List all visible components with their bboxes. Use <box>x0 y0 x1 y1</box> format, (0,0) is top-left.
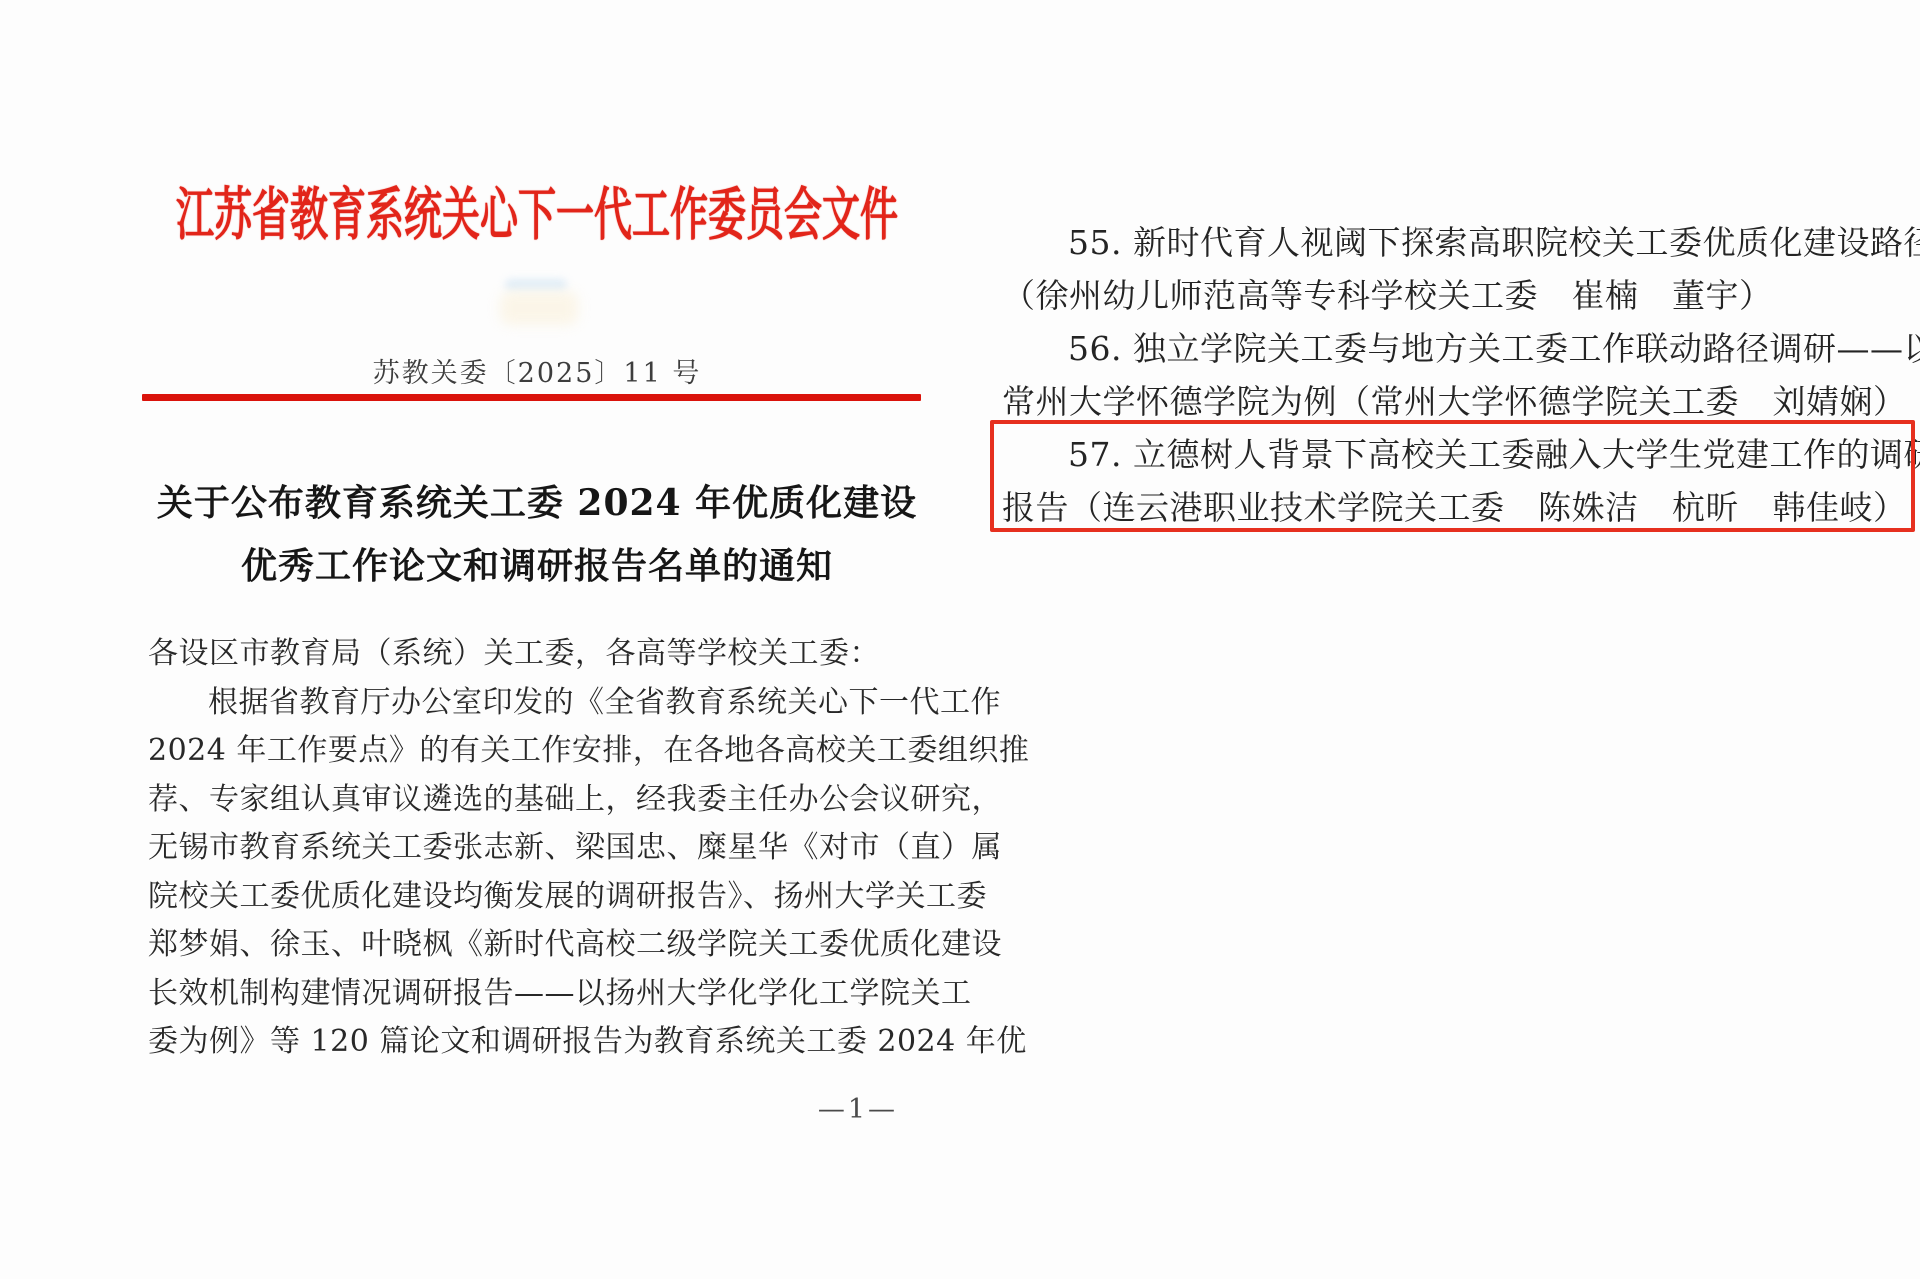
scanned-document: 江苏省教育系统关心下一代工作委员会文件 苏教关委〔2025〕11 号 关于公布教… <box>0 0 1920 1279</box>
body-line: 2024 年工作要点》的有关工作安排，在各地各高校关工委组织推 <box>148 727 928 776</box>
letterhead-divider <box>142 394 921 401</box>
entry-55-line-1: 55. 新时代育人视阈下探索高职院校关工委优质化建设路径 <box>1002 216 1917 269</box>
body-line: 荐、专家组认真审议遴选的基础上，经我委主任办公会议研究， <box>148 776 928 825</box>
scan-artifact-cream <box>500 291 578 325</box>
body-line: 长效机制构建情况调研报告——以扬州大学化学化工学院关工 <box>148 970 928 1019</box>
salutation-line: 各设区市教育局（系统）关工委，各高等学校关工委： <box>148 630 928 679</box>
letterhead-title: 江苏省教育系统关心下一代工作委员会文件 <box>148 168 926 251</box>
scan-artifact-blue <box>505 279 567 291</box>
body-line: 院校关工委优质化建设均衡发展的调研报告》、扬州大学关工委 <box>148 873 928 922</box>
body-line: 根据省教育厅办公室印发的《全省教育系统关心下一代工作 <box>148 679 928 728</box>
body-line: 郑梦娟、徐玉、叶晓枫《新时代高校二级学院关工委优质化建设 <box>148 921 928 970</box>
body-text: 各设区市教育局（系统）关工委，各高等学校关工委： 根据省教育厅办公室印发的《全省… <box>148 630 928 1067</box>
document-title: 关于公布教育系统关工委 2024 年优质化建设 优秀工作论文和调研报告名单的通知 <box>148 472 926 598</box>
body-line: 无锡市教育系统关工委张志新、梁国忠、糜星华《对市（直）属 <box>148 824 928 873</box>
document-title-line-2: 优秀工作论文和调研报告名单的通知 <box>148 535 926 598</box>
entry-55-line-2: （徐州幼儿师范高等专科学校关工委 崔楠 董宇） <box>1002 269 1917 322</box>
entry-56-line-1: 56. 独立学院关工委与地方关工委工作联动路径调研——以 <box>1002 322 1917 375</box>
document-title-line-1: 关于公布教育系统关工委 2024 年优质化建设 <box>148 472 926 535</box>
body-line: 委为例》等 120 篇论文和调研报告为教育系统关工委 2024 年优 <box>148 1018 928 1067</box>
highlight-box-entry-57 <box>990 420 1915 532</box>
document-number: 苏教关委〔2025〕11 号 <box>148 351 926 390</box>
page-number: —1— <box>148 1094 926 1125</box>
